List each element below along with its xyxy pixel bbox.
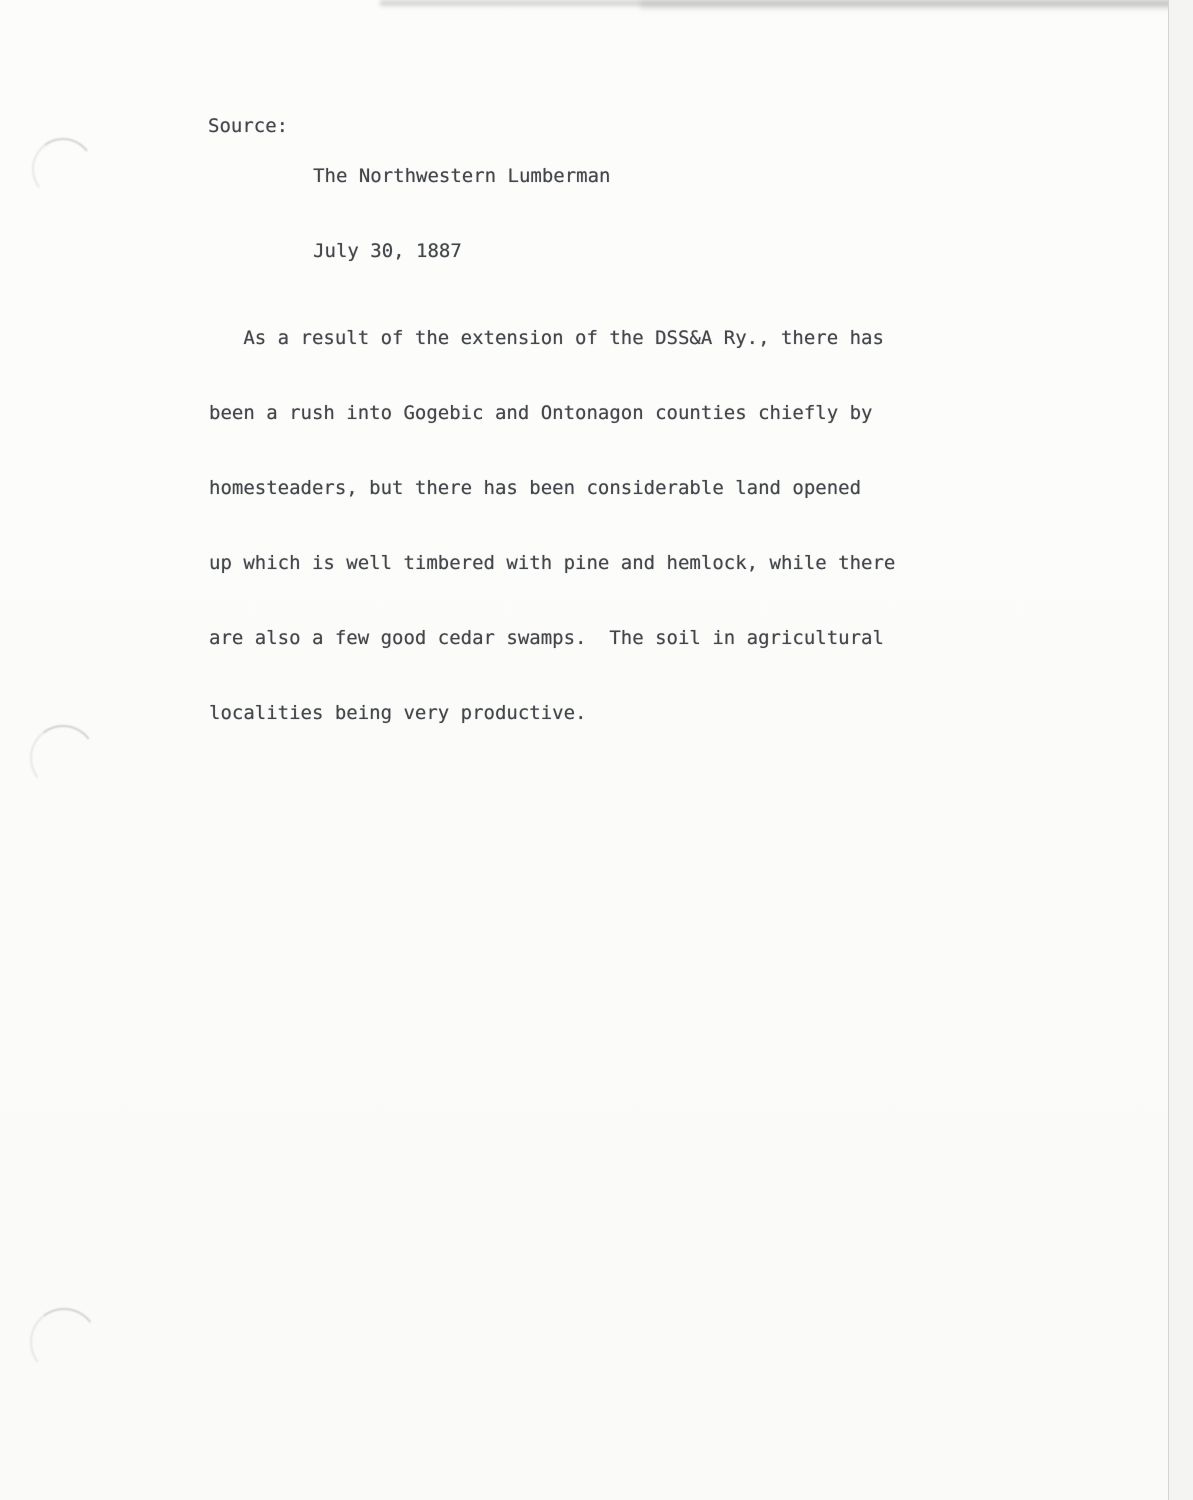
scan-smudge-top: [640, 0, 1193, 9]
punch-hole-mark: [28, 134, 98, 204]
page-edge-line: [1168, 0, 1193, 1500]
source-date: July 30, 1887: [313, 239, 610, 264]
paragraph-line: homesteaders, but there has been conside…: [209, 476, 895, 501]
punch-hole-mark: [26, 721, 101, 796]
paragraph-line: been a rush into Gogebic and Ontonagon c…: [209, 401, 895, 426]
paragraph-line: localities being very productive.: [209, 701, 895, 726]
source-title: The Northwestern Lumberman: [313, 164, 610, 189]
body-paragraph: As a result of the extension of the DSS&…: [209, 276, 895, 776]
paragraph-line: are also a few good cedar swamps. The so…: [209, 626, 895, 651]
punch-hole-mark: [26, 1304, 103, 1381]
paragraph-line: As a result of the extension of the DSS&…: [209, 326, 895, 351]
paragraph-line: up which is well timbered with pine and …: [209, 551, 895, 576]
document-page: Source: The Northwestern Lumberman July …: [0, 0, 1193, 1500]
